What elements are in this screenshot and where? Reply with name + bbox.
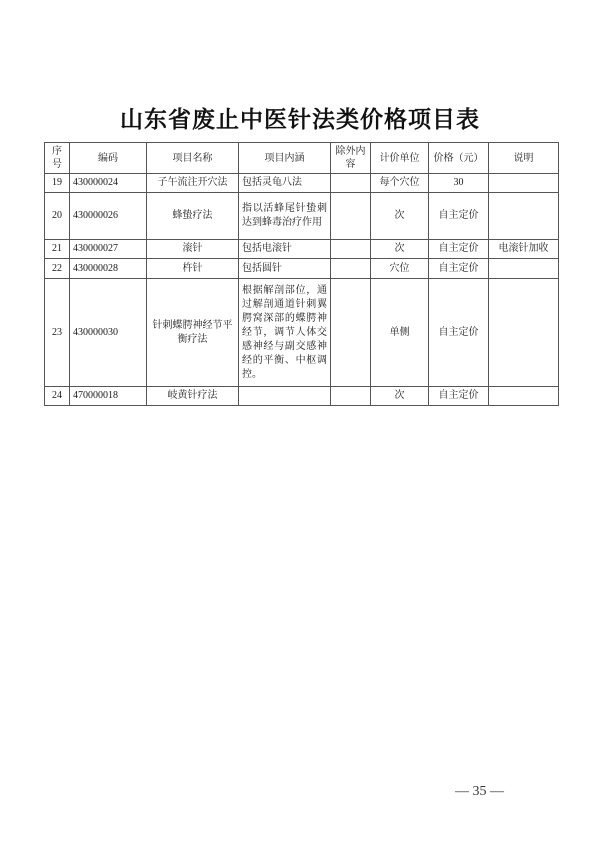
cell-seq: 20 xyxy=(45,193,70,240)
cell-price: 自主定价 xyxy=(429,193,489,240)
cell-code: 430000024 xyxy=(70,174,147,193)
cell-note xyxy=(489,193,559,240)
table-row: 19 430000024 子午流注开穴法 包括灵龟八法 每个穴位 30 xyxy=(45,174,559,193)
cell-name: 滚针 xyxy=(147,240,239,259)
table-row: 20 430000026 蜂蛰疗法 指以活蜂尾针蛰刺达到蜂毒治疗作用 次 自主定… xyxy=(45,193,559,240)
cell-excluded xyxy=(331,387,371,406)
table-row: 21 430000027 滚针 包括电滚针 次 自主定价 电滚针加收 xyxy=(45,240,559,259)
cell-note: 电滚针加收 xyxy=(489,240,559,259)
price-table: 序号 编码 项目名称 项目内涵 除外内容 计价单位 价格（元） 说明 19 43… xyxy=(44,142,559,406)
header-code: 编码 xyxy=(70,143,147,174)
cell-price: 30 xyxy=(429,174,489,193)
cell-name: 针刺蝶腭神经节平衡疗法 xyxy=(147,279,239,387)
table-row: 24 470000018 岐黄针疗法 次 自主定价 xyxy=(45,387,559,406)
header-price: 价格（元） xyxy=(429,143,489,174)
cell-note xyxy=(489,279,559,387)
cell-content: 包括圆针 xyxy=(239,259,331,279)
cell-price: 自主定价 xyxy=(429,279,489,387)
cell-content: 包括电滚针 xyxy=(239,240,331,259)
cell-price: 自主定价 xyxy=(429,387,489,406)
table-header-row: 序号 编码 项目名称 项目内涵 除外内容 计价单位 价格（元） 说明 xyxy=(45,143,559,174)
cell-unit: 次 xyxy=(371,387,429,406)
header-name: 项目名称 xyxy=(147,143,239,174)
cell-name: 蜂蛰疗法 xyxy=(147,193,239,240)
cell-unit: 次 xyxy=(371,240,429,259)
cell-excluded xyxy=(331,193,371,240)
cell-code: 430000028 xyxy=(70,259,147,279)
cell-price: 自主定价 xyxy=(429,240,489,259)
cell-code: 430000026 xyxy=(70,193,147,240)
header-seq: 序号 xyxy=(45,143,70,174)
cell-seq: 21 xyxy=(45,240,70,259)
table-row: 22 430000028 杵针 包括圆针 穴位 自主定价 xyxy=(45,259,559,279)
header-unit: 计价单位 xyxy=(371,143,429,174)
cell-name: 杵针 xyxy=(147,259,239,279)
header-excluded: 除外内容 xyxy=(331,143,371,174)
cell-unit: 次 xyxy=(371,193,429,240)
cell-code: 430000030 xyxy=(70,279,147,387)
cell-content: 包括灵龟八法 xyxy=(239,174,331,193)
cell-code: 470000018 xyxy=(70,387,147,406)
cell-excluded xyxy=(331,174,371,193)
cell-unit: 穴位 xyxy=(371,259,429,279)
cell-unit: 每个穴位 xyxy=(371,174,429,193)
cell-content: 指以活蜂尾针蛰刺达到蜂毒治疗作用 xyxy=(239,193,331,240)
cell-note xyxy=(489,387,559,406)
cell-seq: 23 xyxy=(45,279,70,387)
cell-unit: 单侧 xyxy=(371,279,429,387)
cell-content: 根据解剖部位，通过解剖通道针刺翼腭窝深部的蝶腭神经节，调节人体交感神经与副交感神… xyxy=(239,279,331,387)
table-row: 23 430000030 针刺蝶腭神经节平衡疗法 根据解剖部位，通过解剖通道针刺… xyxy=(45,279,559,387)
cell-seq: 19 xyxy=(45,174,70,193)
cell-name: 岐黄针疗法 xyxy=(147,387,239,406)
cell-seq: 24 xyxy=(45,387,70,406)
document-title: 山东省废止中医针法类价格项目表 xyxy=(0,101,600,134)
cell-content xyxy=(239,387,331,406)
cell-price: 自主定价 xyxy=(429,259,489,279)
header-note: 说明 xyxy=(489,143,559,174)
cell-code: 430000027 xyxy=(70,240,147,259)
cell-seq: 22 xyxy=(45,259,70,279)
cell-note xyxy=(489,174,559,193)
cell-excluded xyxy=(331,279,371,387)
header-content: 项目内涵 xyxy=(239,143,331,174)
cell-excluded xyxy=(331,259,371,279)
cell-note xyxy=(489,259,559,279)
cell-excluded xyxy=(331,240,371,259)
page-number: — 35 — xyxy=(455,784,504,800)
cell-name: 子午流注开穴法 xyxy=(147,174,239,193)
